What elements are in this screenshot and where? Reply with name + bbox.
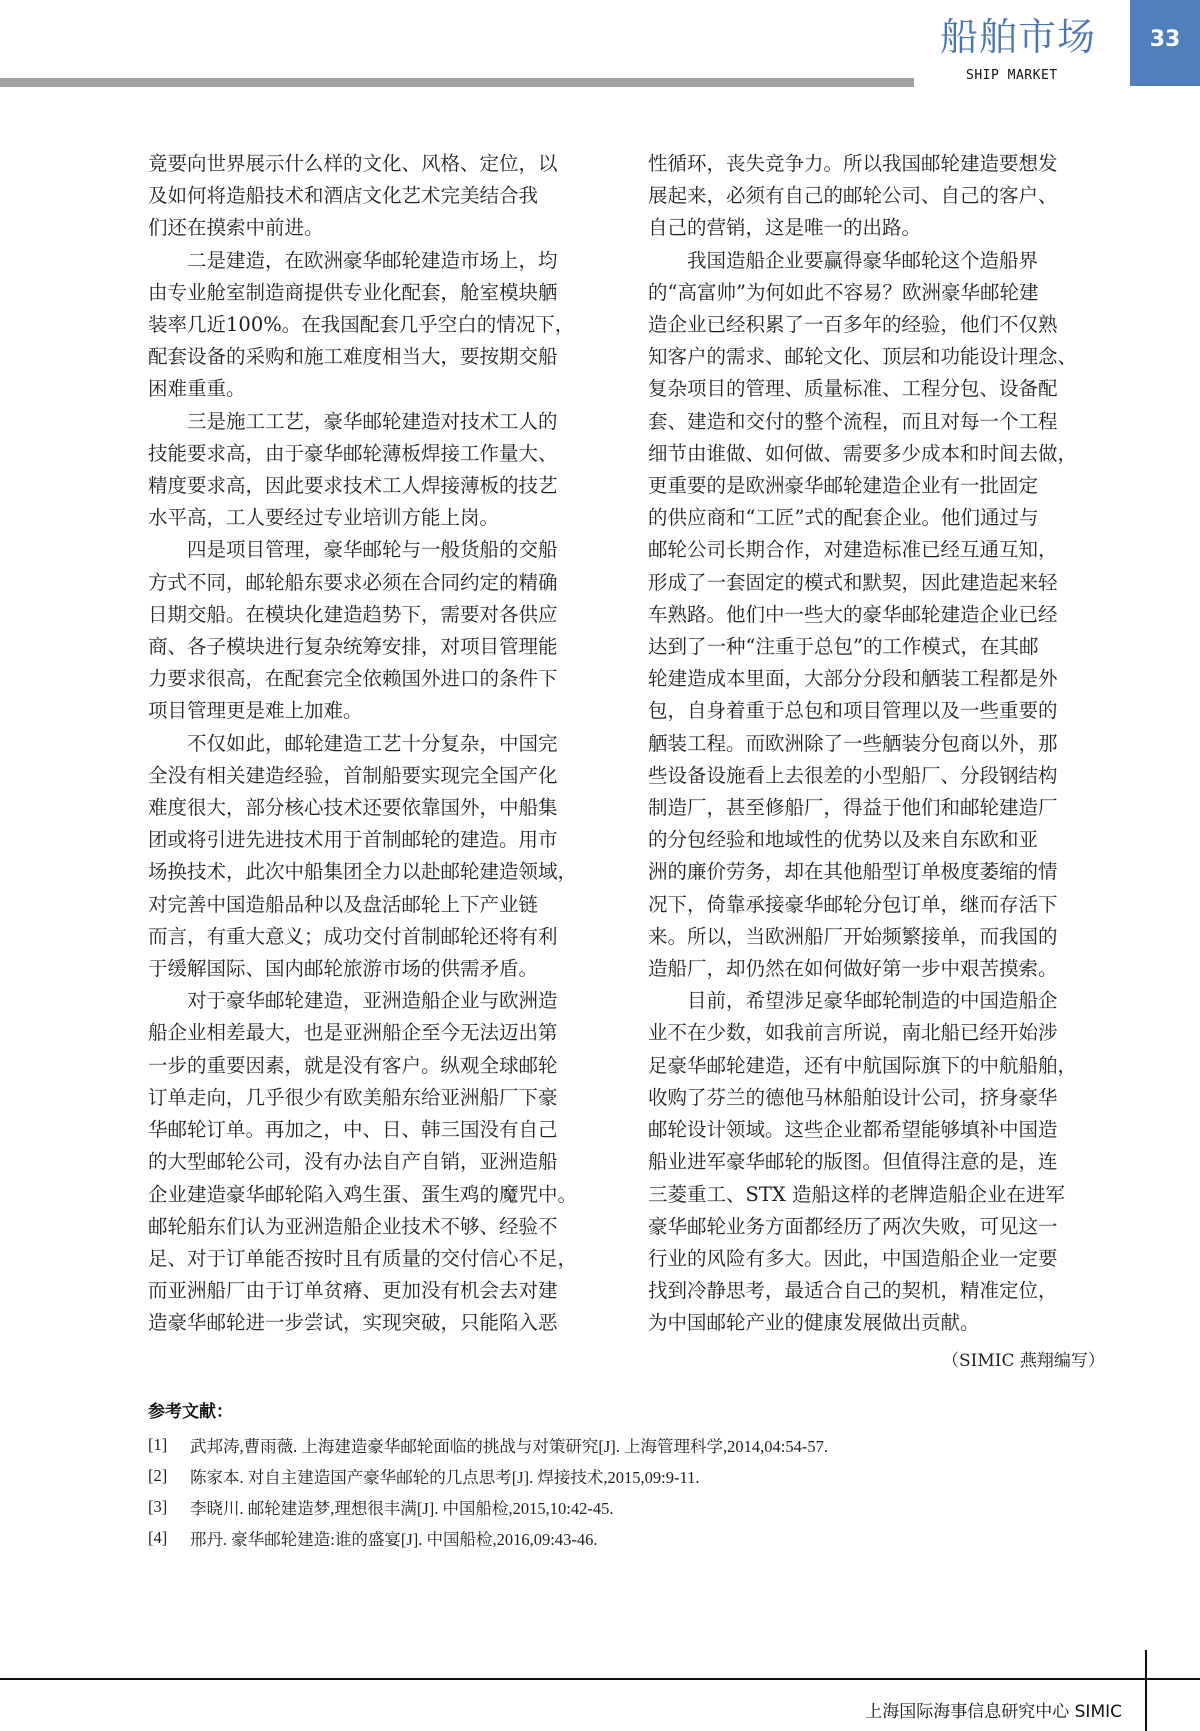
text-line: 行业的风险有多大。因此，中国造船企业一定要 bbox=[648, 1243, 1108, 1275]
text-line: 形成了一套固定的模式和默契，因此建造起来轻 bbox=[648, 567, 1108, 599]
text-line: 造船厂，却仍然在如何做好第一步中艰苦摸索。 bbox=[648, 953, 1108, 985]
text-line: 自己的营销，这是唯一的出路。 bbox=[648, 212, 1108, 244]
text-line: 找到冷静思考，最适合自己的契机，精准定位， bbox=[648, 1275, 1108, 1307]
text-line: 知客户的需求、邮轮文化、顶层和功能设计理念、 bbox=[648, 341, 1108, 373]
text-line: 不仅如此，邮轮建造工艺十分复杂，中国完 bbox=[148, 728, 608, 760]
paragraph: 对于豪华邮轮建造，亚洲造船企业与欧洲造船企业相差最大，也是亚洲船企至今无法迈出第… bbox=[148, 985, 608, 1339]
text-line: 力要求很高，在配套完全依赖国外进口的条件下 bbox=[148, 663, 608, 695]
text-line: 竟要向世界展示什么样的文化、风格、定位，以 bbox=[148, 148, 608, 180]
reference-number: [4] bbox=[148, 1528, 190, 1548]
text-line: 全没有相关建造经验，首制船要实现完全国产化 bbox=[148, 760, 608, 792]
text-line: 场换技术，此次中船集团全力以赴邮轮建造领域， bbox=[148, 856, 608, 888]
reference-number: [1] bbox=[148, 1435, 190, 1455]
text-line: 而言，有重大意义；成功交付首制邮轮还将有利 bbox=[148, 921, 608, 953]
text-line: 而亚洲船厂由于订单贫瘠、更加没有机会去对建 bbox=[148, 1275, 608, 1307]
text-line: 配套设备的采购和施工难度相当大，要按期交船 bbox=[148, 341, 608, 373]
text-line: 复杂项目的管理、质量标准、工程分包、设备配 bbox=[648, 373, 1108, 405]
text-line: 四是项目管理，豪华邮轮与一般货船的交船 bbox=[148, 534, 608, 566]
text-line: 的分包经验和地域性的优势以及来自东欧和亚 bbox=[648, 824, 1108, 856]
text-line: 展起来，必须有自己的邮轮公司、自己的客户、 bbox=[648, 180, 1108, 212]
paragraph: 三是施工工艺，豪华邮轮建造对技术工人的技能要求高，由于豪华邮轮薄板焊接工作量大、… bbox=[148, 406, 608, 535]
text-line: 商、各子模块进行复杂统筹安排，对项目管理能 bbox=[148, 631, 608, 663]
text-line: 难度很大，部分核心技术还要依靠国外，中船集 bbox=[148, 792, 608, 824]
text-line: 装率几近100%。在我国配套几乎空白的情况下， bbox=[148, 309, 608, 341]
text-line: 车熟路。他们中一些大的豪华邮轮建造企业已经 bbox=[648, 599, 1108, 631]
reference-number: [3] bbox=[148, 1497, 190, 1517]
text-line: 订单走向，几乎很少有欧美船东给亚洲船厂下豪 bbox=[148, 1082, 608, 1114]
text-line: 于缓解国际、国内邮轮旅游市场的供需矛盾。 bbox=[148, 953, 608, 985]
text-line: 方式不同，邮轮船东要求必须在合同约定的精确 bbox=[148, 567, 608, 599]
text-line: 为中国邮轮产业的健康发展做出贡献。 bbox=[648, 1307, 1108, 1339]
text-line: 足豪华邮轮建造，还有中航国际旗下的中航船舶， bbox=[648, 1050, 1108, 1082]
text-line: 足、对于订单能否按时且有质量的交付信心不足， bbox=[148, 1243, 608, 1275]
text-line: 水平高，工人要经过专业培训方能上岗。 bbox=[148, 502, 608, 534]
text-line: 收购了芬兰的德他马林船舶设计公司，挤身豪华 bbox=[648, 1082, 1108, 1114]
text-line: 技能要求高，由于豪华邮轮薄板焊接工作量大、 bbox=[148, 438, 608, 470]
text-line: 二是建造，在欧洲豪华邮轮建造市场上，均 bbox=[148, 245, 608, 277]
text-line: 困难重重。 bbox=[148, 373, 608, 405]
text-line: 造豪华邮轮进一步尝试，实现突破，只能陷入恶 bbox=[148, 1307, 608, 1339]
text-line: 项目管理更是难上加难。 bbox=[148, 695, 608, 727]
text-line: 套、建造和交付的整个流程，而且对每一个工程 bbox=[648, 406, 1108, 438]
text-line: 的“高富帅”为何如此不容易？欧洲豪华邮轮建 bbox=[648, 277, 1108, 309]
reference-text: 武邦涛,曹雨薇. 上海建造豪华邮轮面临的挑战与对策研究[J]. 上海管理科学,2… bbox=[190, 1433, 828, 1457]
text-line: 三菱重工、STX 造船这样的老牌造船企业在进军 bbox=[648, 1179, 1108, 1211]
text-line: 三是施工工艺，豪华邮轮建造对技术工人的 bbox=[148, 406, 608, 438]
text-line: 对于豪华邮轮建造，亚洲造船企业与欧洲造 bbox=[148, 985, 608, 1017]
text-line: 及如何将造船技术和酒店文化艺术完美结合我 bbox=[148, 180, 608, 212]
text-line: 我国造船企业要赢得豪华邮轮这个造船界 bbox=[648, 245, 1108, 277]
reference-item: [1] 武邦涛,曹雨薇. 上海建造豪华邮轮面临的挑战与对策研究[J]. 上海管理… bbox=[148, 1429, 1048, 1460]
text-line: 的大型邮轮公司，没有办法自产自销，亚洲造船 bbox=[148, 1146, 608, 1178]
text-line: 一步的重要因素，就是没有客户。纵观全球邮轮 bbox=[148, 1050, 608, 1082]
text-line: 由专业舱室制造商提供专业化配套，舱室模块舾 bbox=[148, 277, 608, 309]
text-line: 们还在摸索中前进。 bbox=[148, 212, 608, 244]
text-line: 船企业相差最大，也是亚洲船企至今无法迈出第 bbox=[148, 1017, 608, 1049]
text-line: 的供应商和“工匠”式的配套企业。他们通过与 bbox=[648, 502, 1108, 534]
reference-text: 李晓川. 邮轮建造梦,理想很丰满[J]. 中国船检,2015,10:42-45. bbox=[190, 1495, 614, 1519]
paragraph: 我国造船企业要赢得豪华邮轮这个造船界的“高富帅”为何如此不容易？欧洲豪华邮轮建造… bbox=[648, 245, 1108, 986]
text-line: 更重要的是欧洲豪华邮轮建造企业有一批固定 bbox=[648, 470, 1108, 502]
paragraph: 性循环，丧失竞争力。所以我国邮轮建造要想发展起来，必须有自己的邮轮公司、自己的客… bbox=[648, 148, 1108, 245]
paragraph: 四是项目管理，豪华邮轮与一般货船的交船方式不同，邮轮船东要求必须在合同约定的精确… bbox=[148, 534, 608, 727]
text-line: 达到了一种“注重于总包”的工作模式，在其邮 bbox=[648, 631, 1108, 663]
footer-organization: 上海国际海事信息研究中心 SIMIC bbox=[865, 1697, 1122, 1722]
reference-item: [3] 李晓川. 邮轮建造梦,理想很丰满[J]. 中国船检,2015,10:42… bbox=[148, 1491, 1048, 1522]
text-line: 华邮轮订单。再加之，中、日、韩三国没有自己 bbox=[148, 1114, 608, 1146]
text-line: 些设备设施看上去很差的小型船厂、分段钢结构 bbox=[648, 760, 1108, 792]
paragraph: 二是建造，在欧洲豪华邮轮建造市场上，均由专业舱室制造商提供专业化配套，舱室模块舾… bbox=[148, 245, 608, 406]
reference-text: 邢丹. 豪华邮轮建造:谁的盛宴[J]. 中国船检,2016,09:43-46. bbox=[190, 1526, 597, 1550]
paragraph: 目前，希望涉足豪华邮轮制造的中国造船企业不在少数，如我前言所说，南北船已经开始涉… bbox=[648, 985, 1108, 1339]
paragraph: 竟要向世界展示什么样的文化、风格、定位，以及如何将造船技术和酒店文化艺术完美结合… bbox=[148, 148, 608, 245]
text-line: 邮轮船东们认为亚洲造船企业技术不够、经验不 bbox=[148, 1211, 608, 1243]
section-subtitle: SHIP MARKET bbox=[966, 68, 1058, 83]
article-column-right: 性循环，丧失竞争力。所以我国邮轮建造要想发展起来，必须有自己的邮轮公司、自己的客… bbox=[648, 148, 1108, 1340]
text-line: 邮轮公司长期合作，对建造标准已经互通互知， bbox=[648, 534, 1108, 566]
text-line: 精度要求高，因此要求技术工人焊接薄板的技艺 bbox=[148, 470, 608, 502]
references-title: 参考文献： bbox=[148, 1397, 233, 1422]
text-line: 目前，希望涉足豪华邮轮制造的中国造船企 bbox=[648, 985, 1108, 1017]
text-line: 团或将引进先进技术用于首制邮轮的建造。用市 bbox=[148, 824, 608, 856]
text-line: 性循环，丧失竞争力。所以我国邮轮建造要想发 bbox=[648, 148, 1108, 180]
text-line: 况下，倚靠承接豪华邮轮分包订单，继而存活下 bbox=[648, 889, 1108, 921]
author-signature: （SIMIC 燕翔编写） bbox=[942, 1346, 1105, 1371]
header-rule bbox=[0, 78, 914, 87]
text-line: 企业建造豪华邮轮陷入鸡生蛋、蛋生鸡的魔咒中。 bbox=[148, 1179, 608, 1211]
text-line: 邮轮设计领域。这些企业都希望能够填补中国造 bbox=[648, 1114, 1108, 1146]
section-title: 船舶市场 bbox=[940, 18, 1096, 56]
text-line: 日期交船。在模块化建造趋势下，需要对各供应 bbox=[148, 599, 608, 631]
text-line: 细节由谁做、如何做、需要多少成本和时间去做， bbox=[648, 438, 1108, 470]
text-line: 舾装工程。而欧洲除了一些舾装分包商以外，那 bbox=[648, 728, 1108, 760]
text-line: 船业进军豪华邮轮的版图。但值得注意的是，连 bbox=[648, 1146, 1108, 1178]
footer-divider bbox=[1145, 1650, 1147, 1731]
text-line: 洲的廉价劳务，却在其他船型订单极度萎缩的情 bbox=[648, 856, 1108, 888]
text-line: 制造厂，甚至修船厂，得益于他们和邮轮建造厂 bbox=[648, 792, 1108, 824]
paragraph: 不仅如此，邮轮建造工艺十分复杂，中国完全没有相关建造经验，首制船要实现完全国产化… bbox=[148, 728, 608, 986]
reference-item: [2] 陈家本. 对自主建造国产豪华邮轮的几点思考[J]. 焊接技术,2015,… bbox=[148, 1460, 1048, 1491]
references-list: [1] 武邦涛,曹雨薇. 上海建造豪华邮轮面临的挑战与对策研究[J]. 上海管理… bbox=[148, 1429, 1048, 1553]
reference-text: 陈家本. 对自主建造国产豪华邮轮的几点思考[J]. 焊接技术,2015,09:9… bbox=[190, 1464, 700, 1488]
text-line: 对完善中国造船品种以及盘活邮轮上下产业链 bbox=[148, 889, 608, 921]
text-line: 造企业已经积累了一百多年的经验，他们不仅熟 bbox=[648, 309, 1108, 341]
text-line: 来。所以，当欧洲船厂开始频繁接单，而我国的 bbox=[648, 921, 1108, 953]
reference-item: [4] 邢丹. 豪华邮轮建造:谁的盛宴[J]. 中国船检,2016,09:43-… bbox=[148, 1522, 1048, 1553]
text-line: 轮建造成本里面，大部分分段和舾装工程都是外 bbox=[648, 663, 1108, 695]
text-line: 业不在少数，如我前言所说，南北船已经开始涉 bbox=[648, 1017, 1108, 1049]
page-number-badge: 33 bbox=[1130, 0, 1200, 86]
footer-rule bbox=[0, 1678, 1200, 1680]
text-line: 豪华邮轮业务方面都经历了两次失败，可见这一 bbox=[648, 1211, 1108, 1243]
text-line: 包，自身着重于总包和项目管理以及一些重要的 bbox=[648, 695, 1108, 727]
page-number: 33 bbox=[1150, 27, 1181, 52]
article-column-left: 竟要向世界展示什么样的文化、风格、定位，以及如何将造船技术和酒店文化艺术完美结合… bbox=[148, 148, 608, 1340]
reference-number: [2] bbox=[148, 1466, 190, 1486]
